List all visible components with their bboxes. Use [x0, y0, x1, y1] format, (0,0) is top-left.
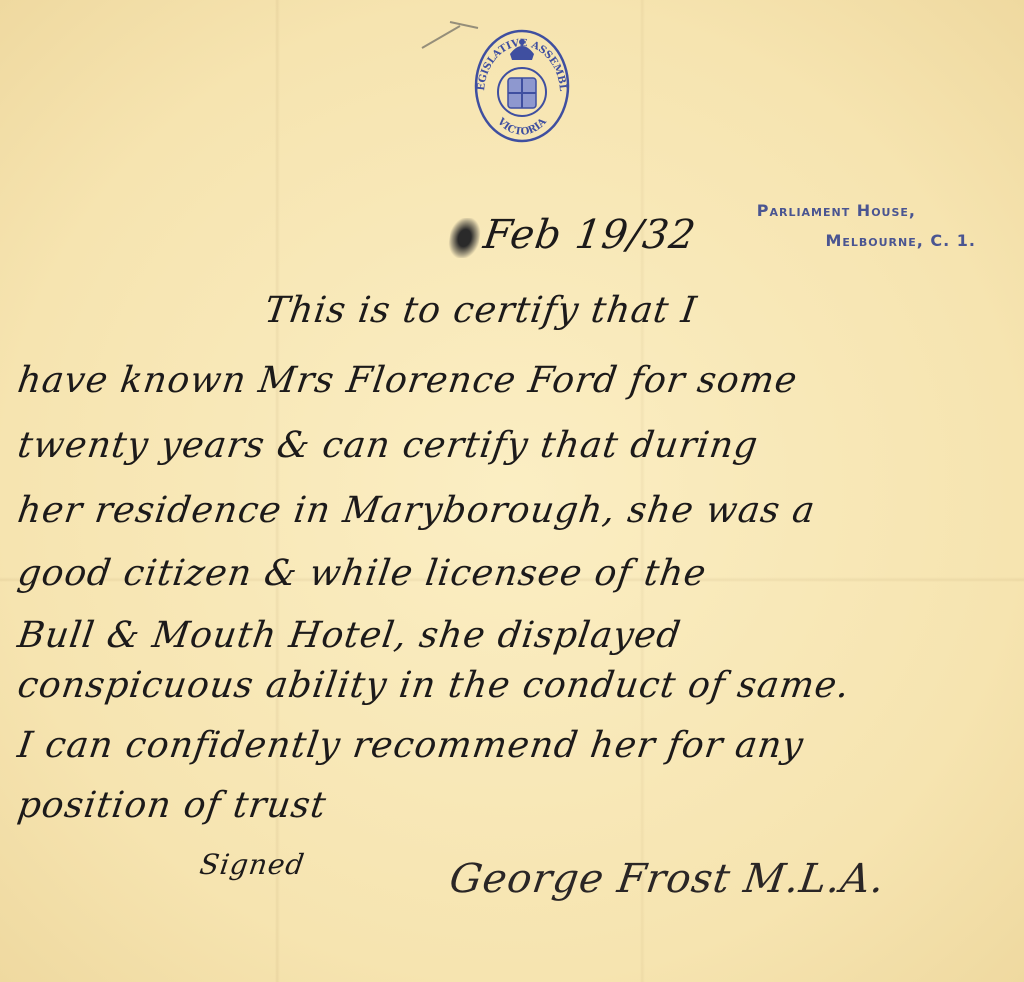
body-line-7: conspicuous ability in the conduct of sa…	[15, 665, 852, 706]
address-line-2: Melbourne, C. 1.	[757, 226, 976, 256]
address-line-1: Parliament House,	[757, 196, 916, 226]
letter-page: LEGISLATIVE ASSEMBLY VICTORIA Parliament…	[0, 0, 1024, 982]
signature: George Frost M.L.A.	[447, 856, 888, 902]
body-line-8: I can confidently recommend her for any	[15, 725, 806, 766]
legislative-assembly-seal-icon: LEGISLATIVE ASSEMBLY VICTORIA	[472, 24, 572, 144]
body-line-9: position of trust	[15, 785, 329, 826]
body-line-3: twenty years & can certify that during	[15, 425, 761, 466]
ink-smudge-icon	[447, 218, 483, 258]
body-line-6: Bull & Mouth Hotel, she displayed	[15, 615, 684, 656]
signed-label: Signed	[198, 848, 307, 881]
letter-date: Feb 19/32	[447, 212, 699, 258]
body-line-4: her residence in Maryborough, she was a	[15, 490, 818, 531]
body-line-1: This is to certify that I	[262, 290, 699, 331]
body-line-2: have known Mrs Florence Ford for some	[15, 360, 800, 401]
letterhead-address: Parliament House, Melbourne, C. 1.	[757, 196, 976, 256]
body-line-5: good citizen & while licensee of the	[15, 553, 709, 594]
svg-text:VICTORIA: VICTORIA	[494, 116, 549, 138]
